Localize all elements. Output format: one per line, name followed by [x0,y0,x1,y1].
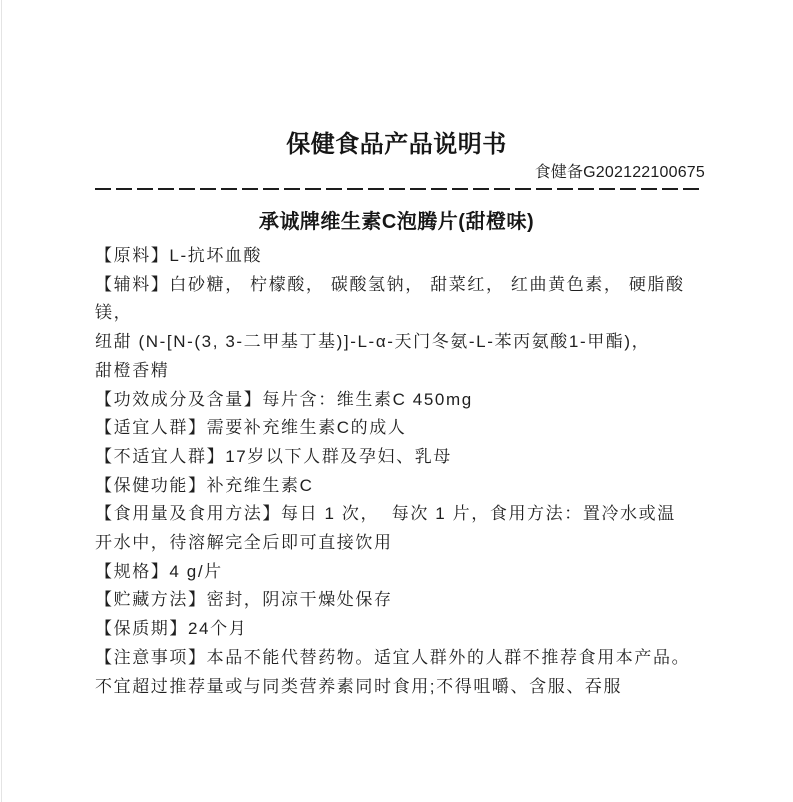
spec-line-ingredients: 【原料】L-抗坏血酸 [95,242,710,271]
spec-line-specification: 【规格】4 g/片 [95,558,710,587]
spec-line-unsuitable-group: 【不适宜人群】17岁以下人群及孕妇、乳母 [95,443,710,472]
spec-line-dosage: 【食用量及食用方法】每日 1 次， 每次 1 片，食用方法：置冷水或温 [95,500,710,529]
spec-line-precautions-cont: 不宜超过推荐量或与同类营养素同时食用;不得咀嚼、含服、吞服 [95,673,710,702]
spec-line-storage: 【贮藏方法】密封，阴凉干燥处保存 [95,586,710,615]
spec-line-precautions: 【注意事项】本品不能代替药物。适宜人群外的人群不推荐食用本产品。 [95,644,710,673]
spec-line-dosage-cont: 开水中，待溶解完全后即可直接饮用 [95,529,710,558]
spec-line-excipients-cont1: 纽甜 (N-[N-(3, 3-二甲基丁基)]-L-α-天门冬氨-L-苯丙氨酸1-… [95,328,710,357]
document-title: 保健食品产品说明书 [0,124,793,159]
spec-line-suitable-group: 【适宜人群】需要补充维生素C的成人 [95,414,710,443]
dashed-divider [95,188,703,190]
spec-line-excipients: 【辅料】白砂糖， 柠檬酸， 碳酸氢钠， 甜菜红， 红曲黄色素， 硬脂酸镁， [95,271,710,328]
spec-line-health-function: 【保健功能】补充维生素C [95,472,710,501]
spec-line-shelf-life: 【保质期】24个月 [95,615,710,644]
registration-number: 食健备G202122100675 [535,159,705,182]
specification-body: 【原料】L-抗坏血酸 【辅料】白砂糖， 柠檬酸， 碳酸氢钠， 甜菜红， 红曲黄色… [95,242,710,701]
spec-line-active-content: 【功效成分及含量】每片含：维生素C 450mg [95,386,710,415]
page-edge-line [1,0,2,802]
document-page: 保健食品产品说明书 食健备G202122100675 承诚牌维生素C泡腾片(甜橙… [0,0,793,802]
product-name: 承诚牌维生素C泡腾片(甜橙味) [0,205,793,234]
spec-line-excipients-cont2: 甜橙香精 [95,357,710,386]
